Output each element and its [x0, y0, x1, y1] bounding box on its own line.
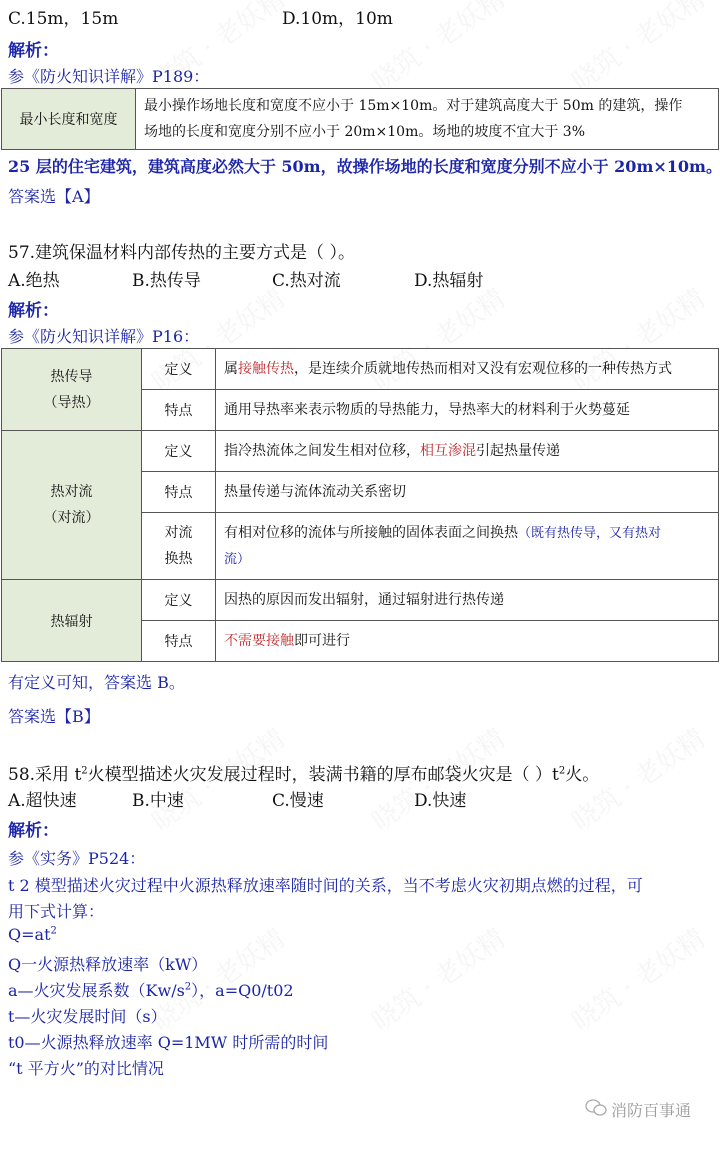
q56-analysis-label: 解析：	[8, 36, 59, 61]
q57-question: 57.建筑保温材料内部传热的主要方式是（ ）。	[8, 238, 355, 263]
q57-group-head: 热辐射	[2, 580, 142, 662]
q57-reference: 参《防火知识详解》P16：	[8, 324, 199, 347]
q57-answer: 答案选【B】	[8, 704, 100, 727]
q57-option-a: A.绝热	[8, 266, 60, 291]
row-content: 属接触传热，是连续介质就地传热而相对又没有宏观位移的一种传热方式	[216, 349, 719, 390]
group-head-line: （导热）	[2, 390, 141, 416]
q58-option-c: C.慢速	[272, 786, 324, 811]
wechat-icon	[585, 1099, 607, 1121]
q57-explanation: 有定义可知，答案选 B。	[8, 670, 185, 693]
q58-text-line: 用下式计算：	[8, 899, 104, 922]
group-head-line: （对流）	[2, 505, 141, 531]
row-label: 对流 换热	[142, 513, 216, 580]
q56-explanation: 25 层的住宅建筑，建筑高度必然大于 50m，故操作场地的长度和宽度分别不应小于…	[8, 154, 720, 177]
q58-text-line: t 2 模型描述火灾过程中火源热释放速率随时间的关系，当不考虑火灾初期点燃的过程…	[8, 873, 643, 896]
q58-text-line: “t 平方火”的对比情况	[8, 1056, 164, 1079]
q56-table-line: 场地的长度和宽度分别不应小于 20m×10m。场地的坡度不宜大于 3%	[144, 119, 710, 145]
q58-reference: 参《实务》P524：	[8, 846, 145, 869]
q57-group-head: 热对流 （对流）	[2, 431, 142, 580]
watermark: 晓筑 · 老妖精	[563, 0, 711, 98]
q58-option-b: B.中速	[132, 786, 184, 811]
q58-formula: Q=at2	[8, 925, 57, 944]
q57-option-d: D.热辐射	[414, 266, 483, 291]
row-content: 不需要接触即可进行	[216, 621, 719, 662]
q56-table-line: 最小操作场地长度和宽度不应小于 15m×10m。对于建筑高度大于 50m 的建筑…	[144, 93, 710, 119]
row-content: 指冷热流体之间发生相对位移，相互渗混引起热量传递	[216, 431, 719, 472]
row-label: 特点	[142, 390, 216, 431]
q57-group-head: 热传导 （导热）	[2, 349, 142, 431]
q56-answer: 答案选【A】	[8, 184, 100, 207]
q58-analysis-label: 解析：	[8, 816, 59, 841]
q58-text-line: t—火灾发展时间（s）	[8, 1004, 167, 1027]
footer-logo-text: 消防百事通	[611, 1098, 691, 1121]
row-label: 特点	[142, 472, 216, 513]
watermark: 晓筑 · 老妖精	[563, 919, 711, 1038]
q58-option-d: D.快速	[414, 786, 466, 811]
q57-analysis-label: 解析：	[8, 296, 59, 321]
row-content: 通用导热率来表示物质的导热能力，导热率大的材料利于火势蔓延	[216, 390, 719, 431]
row-label: 定义	[142, 349, 216, 390]
q57-table: 热传导 （导热） 定义 属接触传热，是连续介质就地传热而相对又没有宏观位移的一种…	[1, 348, 719, 662]
group-head-line: 热传导	[2, 364, 141, 390]
group-head-line: 热对流	[2, 479, 141, 505]
q57-option-c: C.热对流	[272, 266, 341, 291]
q58-text-line: Q一火源热释放速率（kW）	[8, 952, 207, 975]
q56-table: 最小长度和宽度 最小操作场地长度和宽度不应小于 15m×10m。对于建筑高度大于…	[1, 88, 719, 150]
q56-table-content: 最小操作场地长度和宽度不应小于 15m×10m。对于建筑高度大于 50m 的建筑…	[136, 89, 719, 150]
q58-text-line: t0—火源热释放速率 Q=1MW 时所需的时间	[8, 1030, 328, 1053]
row-content: 有相对位移的流体与所接触的固体表面之间换热（既有热传导，又有热对 流）	[216, 513, 719, 580]
q58-question: 58.采用 t2火模型描述火灾发展过程时，装满书籍的厚布邮袋火灾是（ ）t2火。	[8, 760, 599, 785]
row-label: 定义	[142, 580, 216, 621]
row-label: 特点	[142, 621, 216, 662]
q57-option-b: B.热传导	[132, 266, 201, 291]
row-content: 热量传递与流体流动关系密切	[216, 472, 719, 513]
watermark: 晓筑 · 老妖精	[363, 919, 511, 1038]
q58-option-a: A.超快速	[8, 786, 77, 811]
q56-option-d: D.10m，10m	[282, 4, 393, 29]
q58-text-line: a—火灾发展系数（Kw/s2），a=Q0/t02	[8, 978, 294, 1001]
row-content: 因热的原因而发出辐射，通过辐射进行热传递	[216, 580, 719, 621]
q56-option-c: C.15m，15m	[8, 4, 118, 29]
q56-reference: 参《防火知识详解》P189：	[8, 64, 209, 87]
footer-logo: 消防百事通	[585, 1098, 691, 1121]
row-label: 定义	[142, 431, 216, 472]
q56-table-head: 最小长度和宽度	[2, 89, 136, 150]
